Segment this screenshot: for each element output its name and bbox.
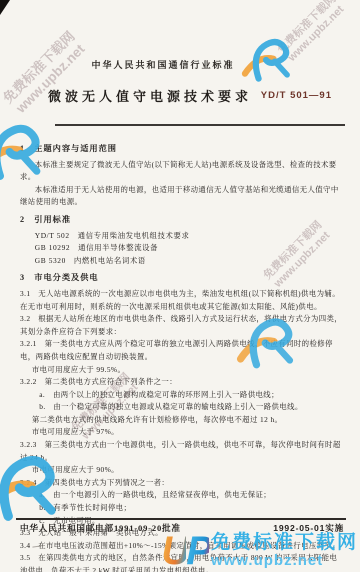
document-page: 免费标准下载网 www.upbz.net 免费标准下载网 www.upbz.ne…: [0, 0, 360, 572]
doc-line-indent: 市电可用度应大于 90%。: [20, 464, 344, 477]
doc-line-heading: 3 市电分类及供电: [20, 272, 344, 285]
page-title: 微波无人值守电源技术要求: [20, 86, 280, 105]
doc-line-ref: YD/T 502 通信专用柴油发电机组技术要求: [20, 230, 344, 243]
doc-line-clause: 3.5 在第四类供电方式的地区，自然条件适宜时，用电负荷不大于 800 W 的可…: [20, 552, 344, 572]
doc-line-ref: GB 10292 通信用半导体整流设备: [20, 242, 344, 255]
implementation-date: 1992-05-01实施: [273, 522, 344, 534]
approval-note: 中华人民共和国邮电部1991-09-20批准: [20, 522, 181, 534]
watermark-site-url: www.upbz.net: [12, 40, 89, 117]
standard-category-line: 中华人民共和国通信行业标准: [48, 58, 278, 71]
doc-line-heading: 2 引用标准: [20, 214, 344, 227]
doc-line-list: a. 由两个以上的独立电源构成稳定可靠的环形网上引入一路供电线；: [20, 389, 344, 402]
doc-line-clause: 3.1 无人站电源系统的一次电源应以市电供电为主，柴油发电机组(以下简称机组)供…: [20, 288, 344, 313]
doc-line-list: b. 有季节性长时间停电；: [20, 502, 344, 515]
standard-number: YD/T 501—91: [261, 90, 332, 101]
watermark-site-name: 免费标准下载网: [273, 0, 339, 57]
doc-line-para: 本标准主要规定了微波无人值守站(以下简称无人站)电源系统及设备选型、检查的技术要…: [20, 159, 344, 184]
doc-line-indent: 第二类供电方式的供电线路允许有计划检修停电，每次停电不超过 12 h。: [20, 414, 344, 427]
doc-line-clause: 3.4 在市电电压波动范围超出+10%～-15%额定值时，宜采用调压或稳压设备进…: [20, 540, 344, 553]
doc-line-clause: 3.2.1 第一类供电方式应从两个稳定可靠的独立电源引入两路供电线，不应有同时的…: [20, 338, 344, 363]
watermark-site-url: www.upbz.net: [285, 2, 348, 65]
doc-line-indent: 市电可用度应大于 99.5%。: [20, 364, 344, 377]
diagonal-watermark-top-right: 免费标准下载网 www.upbz.net: [273, 0, 347, 65]
doc-line-heading: 1 主题内容与适用范围: [20, 143, 344, 156]
doc-line-clause: 3.2.4 第四类供电方式为下列情况之一者：: [20, 477, 344, 490]
doc-line-list: b. 由一个稳定可靠的独立电源或从稳定可靠的输电线路上引入一路供电线。: [20, 401, 344, 414]
document-body: 1 主题内容与适用范围本标准主要规定了微波无人值守站(以下简称无人站)电源系统及…: [20, 138, 344, 572]
doc-line-clause: 3.2.2 第二类供电方式应符合下列条件之一：: [20, 376, 344, 389]
doc-line-para: 本标准适用于无人站使用的电源，也适用于移动通信无人值守基站和光缆通信无人值守中继…: [20, 184, 344, 209]
doc-line-ref: GB 5320 内燃机电站名词术语: [20, 255, 344, 268]
doc-line-clause: 3.2.3 第三类供电方式由一个电源供电，引入一路供电线，供电不可靠，每次停电时…: [20, 439, 344, 464]
doc-line-clause: 3.2 根据无人站所在地区的市电供电条件、线路引入方式及运行状态，将供电方式分为…: [20, 313, 344, 338]
doc-line-list: a. 由一个电源引入的一路供电线，且经常昼夜停电，供电无保证；: [20, 489, 344, 502]
scan-corner-artifact: [0, 0, 10, 15]
header-divider: [55, 124, 345, 126]
doc-line-indent: 市电可用度应大于 97%。: [20, 426, 344, 439]
footer-divider: [16, 518, 346, 520]
